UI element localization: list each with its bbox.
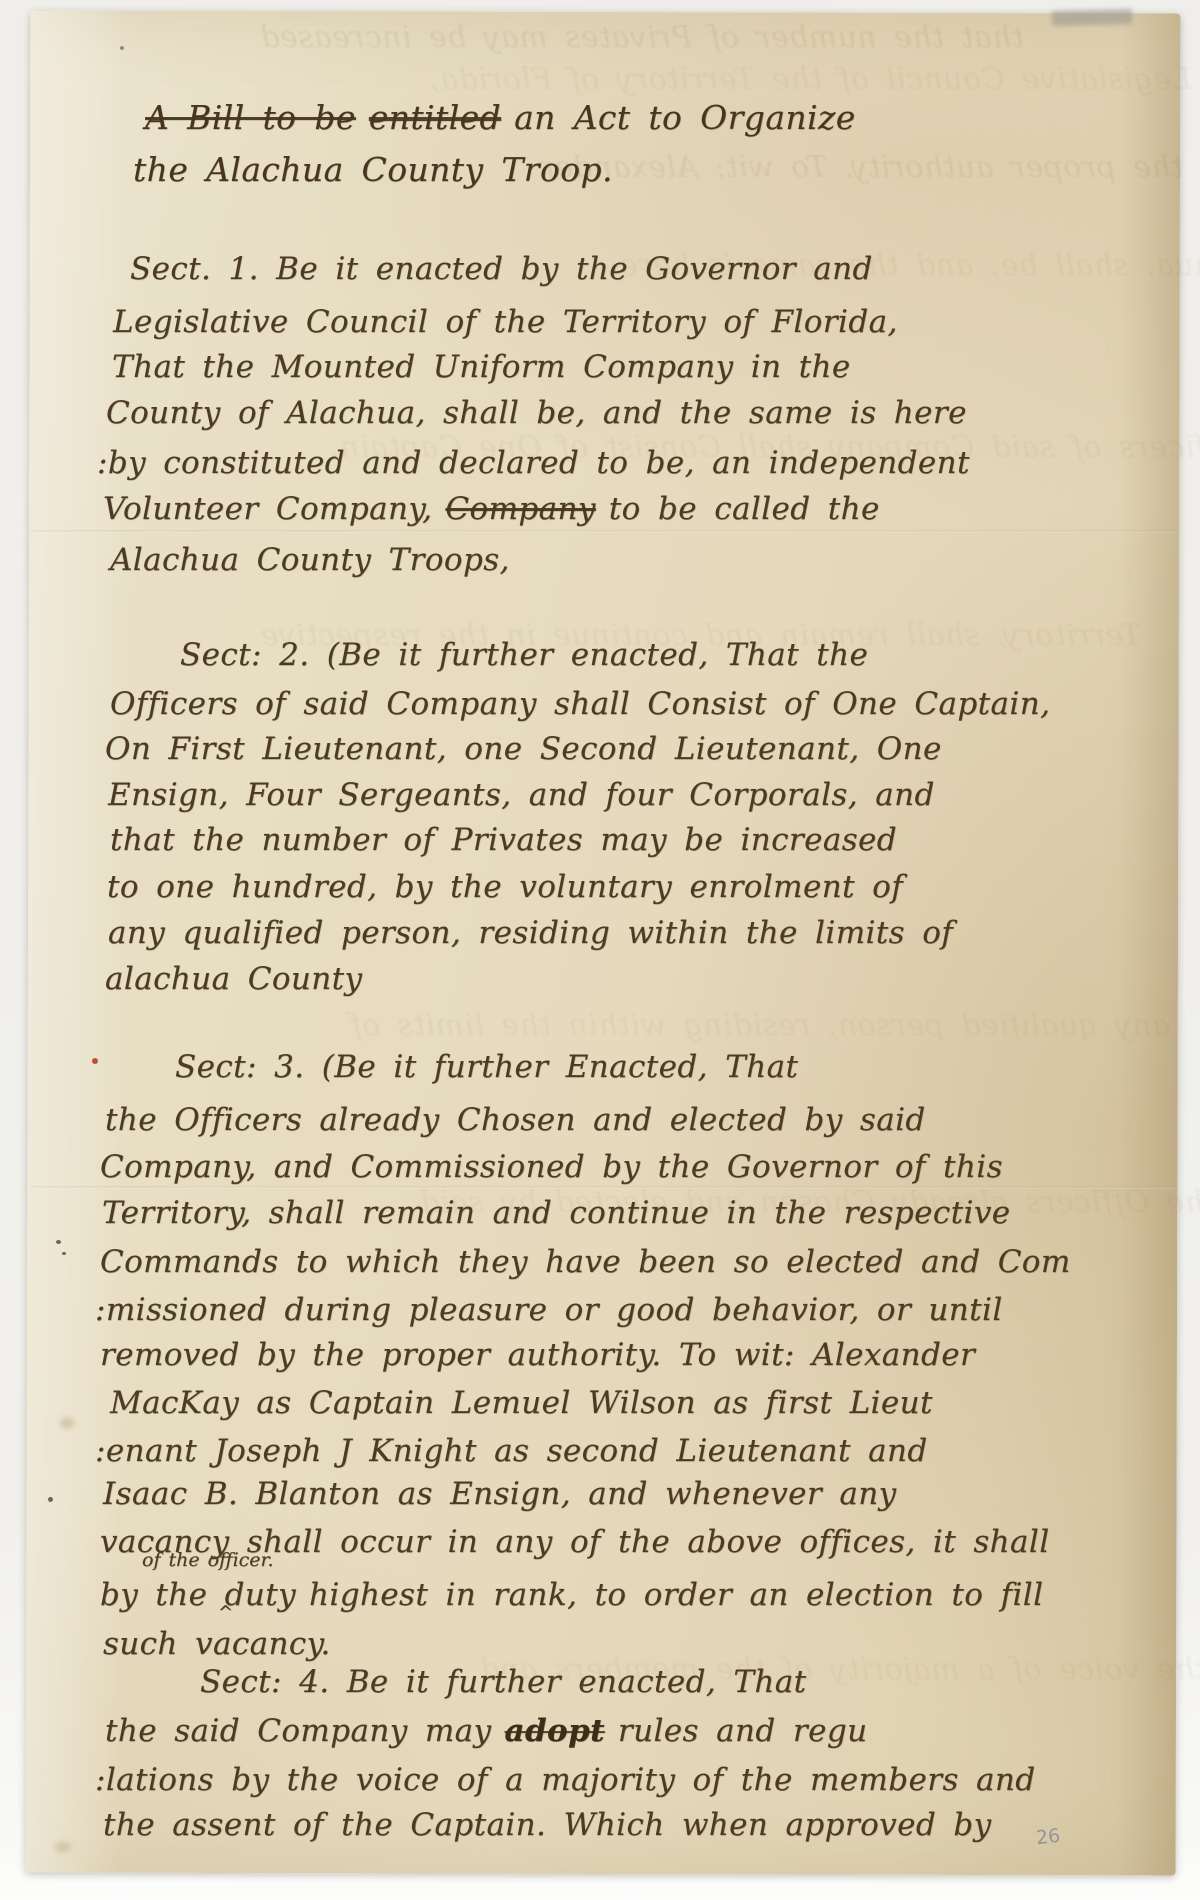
section1-line-2: Legislative Council of the Territory of …	[113, 305, 898, 339]
section1-line-5: :by constituted and declared to be, an i…	[97, 446, 970, 480]
pencil-page-number: 26	[1035, 1825, 1061, 1849]
section3-line-6: :missioned during pleasure or good behav…	[95, 1293, 1003, 1327]
section1-line-3: That the Mounted Uniform Company in the	[112, 350, 851, 384]
paper-crease	[30, 1186, 1176, 1189]
overwritten-word: adopt	[504, 1713, 604, 1749]
ink-speck	[48, 1497, 53, 1502]
section4-line-3: :lations by the voice of a majority of t…	[95, 1763, 1036, 1797]
section2-line-6: to one hundred, by the voluntary enrolme…	[107, 870, 903, 904]
title-text: an Act to Organize	[514, 98, 856, 137]
bleed-through-text: that the number of Privates may be incre…	[260, 20, 1024, 55]
paper-stain	[60, 1418, 74, 1428]
section3-line-12: by the dutyof the officer.^highest in ra…	[100, 1578, 1043, 1612]
paper-stain	[55, 1842, 71, 1852]
section2-line-5: that the number of Privates may be incre…	[110, 823, 897, 857]
section2-line-1: Sect: 2. (Be it further enacted, That th…	[180, 638, 868, 672]
section3-line-5: Commands to which they have been so elec…	[100, 1245, 1071, 1279]
bleed-through-text: any qualified person, residing within th…	[350, 1008, 1170, 1043]
bleed-through-text: removed by the proper authority. To wit:…	[540, 150, 1200, 185]
section2-line-8: alachua County	[105, 962, 362, 996]
section1-line-6: Volunteer Company,Companyto be called th…	[103, 492, 880, 526]
section3-line-9: :enant Joseph J Knight as second Lieuten…	[95, 1434, 928, 1468]
body-text: Volunteer Company,	[103, 491, 432, 527]
struck-text: A Bill to be	[145, 98, 356, 137]
section3-line-10: Isaac B. Blanton as Ensign, and whenever…	[103, 1477, 896, 1511]
section2-line-4: Ensign, Four Sergeants, and four Corpora…	[108, 778, 935, 812]
section1-line-4: County of Alachua, shall be, and the sam…	[106, 396, 967, 430]
red-ink-dot	[92, 1058, 98, 1064]
section3-line-8: MacKay as Captain Lemuel Wilson as first…	[110, 1386, 933, 1420]
section2-line-2: Officers of said Company shall Consist o…	[110, 687, 1050, 721]
title-line-2: the Alachua County Troop.	[133, 152, 613, 188]
section3-line-7: removed by the proper authority. To wit:…	[100, 1338, 975, 1372]
paper-crease	[30, 530, 1176, 533]
body-text: to be called the	[609, 491, 880, 527]
section3-line-3: Company, and Commissioned by the Governo…	[100, 1150, 1003, 1184]
ink-smudge	[1052, 9, 1132, 26]
section4-line-1: Sect: 4. Be it further enacted, That	[200, 1665, 807, 1699]
section2-line-7: any qualified person, residing within th…	[108, 916, 953, 950]
body-text: the said Company may	[105, 1713, 491, 1749]
section3-line-1: Sect: 3. (Be it further Enacted, That	[175, 1050, 798, 1084]
section4-line-2: the said Company mayadoptrules and regu	[105, 1714, 867, 1748]
section3-line-13: such vacancy.	[103, 1627, 331, 1661]
title-line-1: A Bill to beentitledan Act to Organize	[145, 100, 856, 136]
ink-speck	[56, 1240, 61, 1244]
section3-line-2: the Officers already Chosen and elected …	[105, 1103, 926, 1137]
caret-mark: ^	[218, 1603, 233, 1623]
section2-line-3: On First Lieutenant, one Second Lieutena…	[105, 732, 942, 766]
inserted-text-above-line: of the officer.	[142, 1550, 274, 1571]
body-text: by the dutyof the officer.^	[100, 1577, 296, 1613]
struck-text: Company	[445, 491, 595, 527]
manuscript-content: that the number of Privates may be incre…	[0, 0, 1200, 1900]
ink-speck	[120, 46, 124, 50]
section4-line-4: the assent of the Captain. Which when ap…	[103, 1808, 992, 1842]
body-text: highest in rank, to order an election to…	[309, 1577, 1043, 1613]
ink-speck	[62, 1252, 66, 1255]
struck-text: entitled	[369, 98, 501, 137]
body-text: rules and regu	[618, 1713, 868, 1749]
section3-line-4: Territory, shall remain and continue in …	[102, 1196, 1010, 1230]
section1-line-7: Alachua County Troops,	[110, 543, 510, 577]
bleed-through-text: Legislative Council of the Territory of …	[430, 62, 1191, 97]
section1-line-1: Sect. 1. Be it enacted by the Governor a…	[130, 252, 873, 286]
